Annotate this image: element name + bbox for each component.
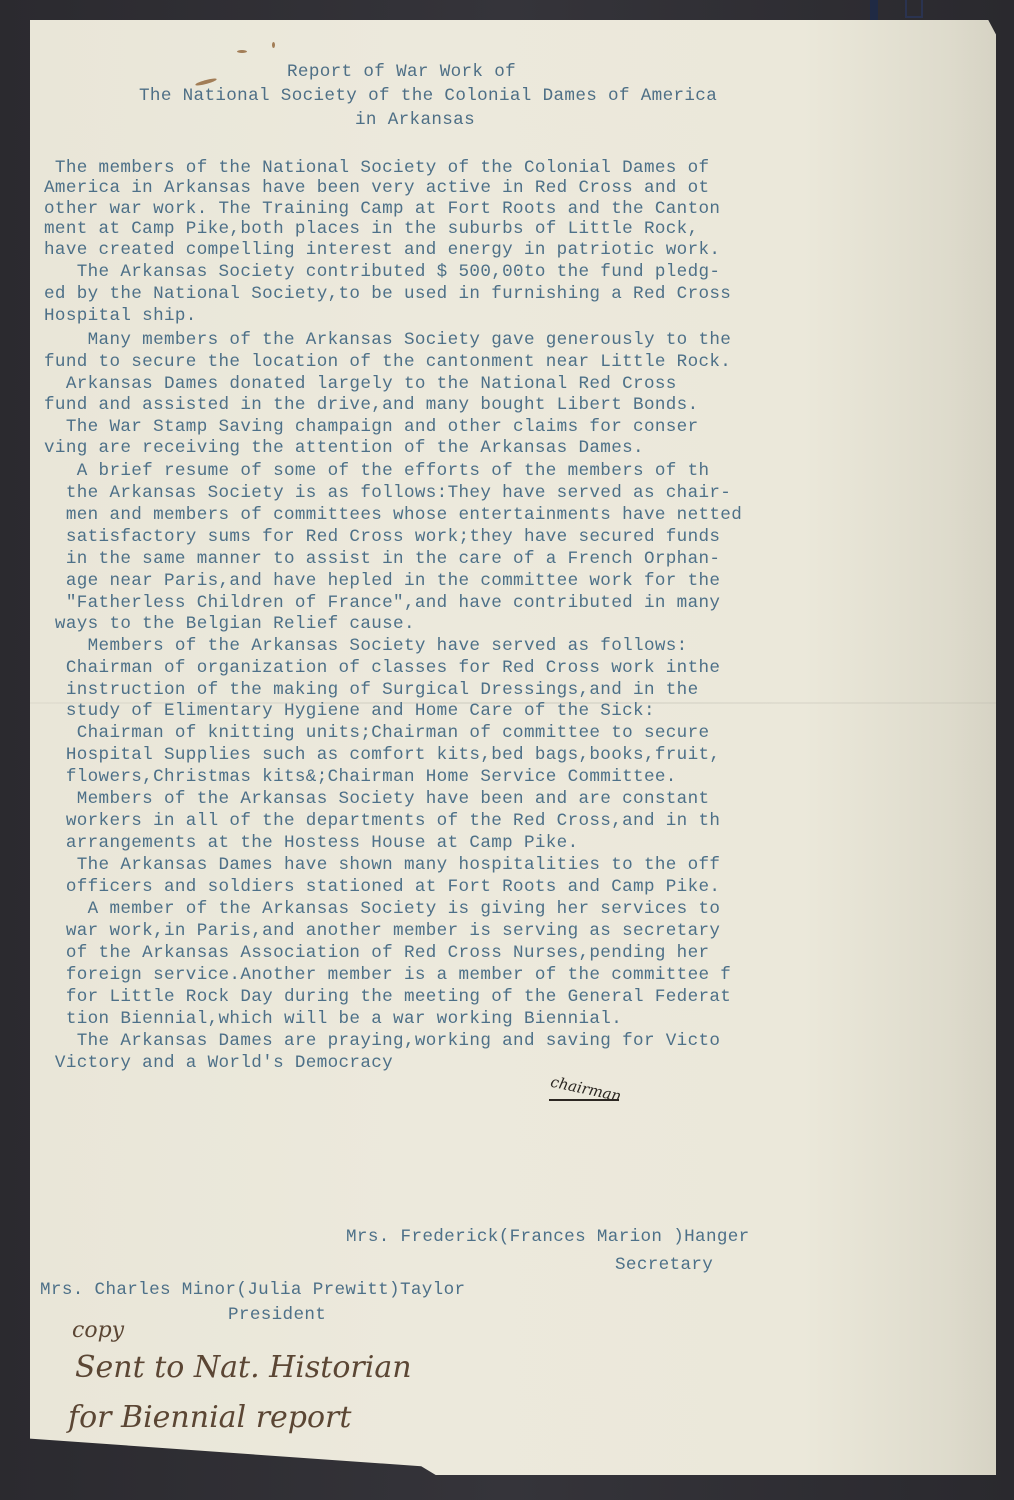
body-line: Hospital ship.	[44, 306, 197, 326]
body-line: Many members of the Arkansas Society gav…	[44, 330, 731, 350]
president-name: Mrs. Charles Minor(Julia Prewitt)Taylor	[40, 1280, 465, 1300]
body-line: ment at Camp Pike,both places in the sub…	[44, 219, 698, 239]
handwritten-note-biennial: for Biennial report	[68, 1400, 351, 1435]
body-line: officers and soldiers stationed at Fort …	[44, 877, 720, 897]
body-line: tion Biennial,which will be a war workin…	[44, 1009, 622, 1029]
body-line: Hospital Supplies such as comfort kits,b…	[44, 745, 720, 765]
body-line: study of Elimentary Hygiene and Home Car…	[44, 701, 655, 721]
body-line: ways to the Belgian Relief cause.	[44, 614, 415, 634]
body-line: fund and assisted in the drive,and many …	[44, 395, 698, 415]
body-line: A brief resume of some of the efforts of…	[44, 461, 709, 481]
secretary-name: Mrs. Frederick(Frances Marion )Hanger	[346, 1227, 750, 1247]
body-line: Chairman of organization of classes for …	[44, 658, 720, 678]
body-line: The War Stamp Saving champaign and other…	[44, 417, 698, 437]
folder-tab-mark	[870, 0, 878, 22]
body-line: men and members of committees whose ente…	[44, 505, 742, 525]
body-line: The members of the National Society of t…	[44, 158, 709, 178]
body-line: The Arkansas Society contributed $ 500,0…	[44, 262, 720, 282]
body-line: of the Arkansas Association of Red Cross…	[44, 943, 709, 963]
rust-stain	[237, 50, 247, 53]
body-line: for Little Rock Day during the meeting o…	[44, 987, 731, 1007]
body-line: workers in all of the departments of the…	[44, 811, 720, 831]
secretary-title: Secretary	[615, 1255, 713, 1275]
body-line: The Arkansas Dames are praying,working a…	[44, 1031, 720, 1051]
body-line: in the same manner to assist in the care…	[44, 549, 720, 569]
body-line: fund to secure the location of the canto…	[44, 352, 731, 372]
handwritten-note-copy: copy	[72, 1318, 124, 1343]
body-line: Chairman of knitting units;Chairman of c…	[44, 723, 709, 743]
body-line: The Arkansas Dames have shown many hospi…	[44, 855, 720, 875]
handwritten-note-sent: Sent to Nat. Historian	[75, 1350, 412, 1385]
body-line: have created compelling interest and ene…	[44, 240, 720, 260]
body-line: foreign service.Another member is a memb…	[44, 965, 731, 985]
rust-stain	[272, 42, 275, 48]
body-line: war work,in Paris,and another member is …	[44, 921, 720, 941]
report-title-line-1: Report of War Work of	[287, 62, 516, 82]
body-line: ving are receiving the attention of the …	[44, 438, 644, 458]
folder-tab-outline	[905, 0, 923, 18]
body-line: A member of the Arkansas Society is givi…	[44, 899, 720, 919]
body-line: ed by the National Society,to be used in…	[44, 284, 731, 304]
report-title-line-2: The National Society of the Colonial Dam…	[139, 86, 717, 106]
president-title: President	[228, 1305, 326, 1325]
body-line: age near Paris,and have hepled in the co…	[44, 571, 720, 591]
body-line: Victory and a World's Democracy	[44, 1053, 393, 1073]
body-line: Members of the Arkansas Society have bee…	[44, 789, 709, 809]
body-line: "Fatherless Children of France",and have…	[44, 593, 720, 613]
body-line: the Arkansas Society is as follows:They …	[44, 483, 731, 503]
body-line: America in Arkansas have been very activ…	[44, 178, 709, 198]
body-line: Arkansas Dames donated largely to the Na…	[44, 374, 677, 394]
body-line: other war work. The Training Camp at For…	[44, 199, 720, 219]
report-title-line-3: in Arkansas	[355, 110, 475, 130]
body-line: Members of the Arkansas Society have ser…	[44, 636, 688, 656]
body-line: flowers,Christmas kits&;Chairman Home Se…	[44, 767, 677, 787]
body-line: satisfactory sums for Red Cross work;the…	[44, 527, 720, 547]
body-line: instruction of the making of Surgical Dr…	[44, 680, 698, 700]
body-line: arrangements at the Hostess House at Cam…	[44, 833, 579, 853]
